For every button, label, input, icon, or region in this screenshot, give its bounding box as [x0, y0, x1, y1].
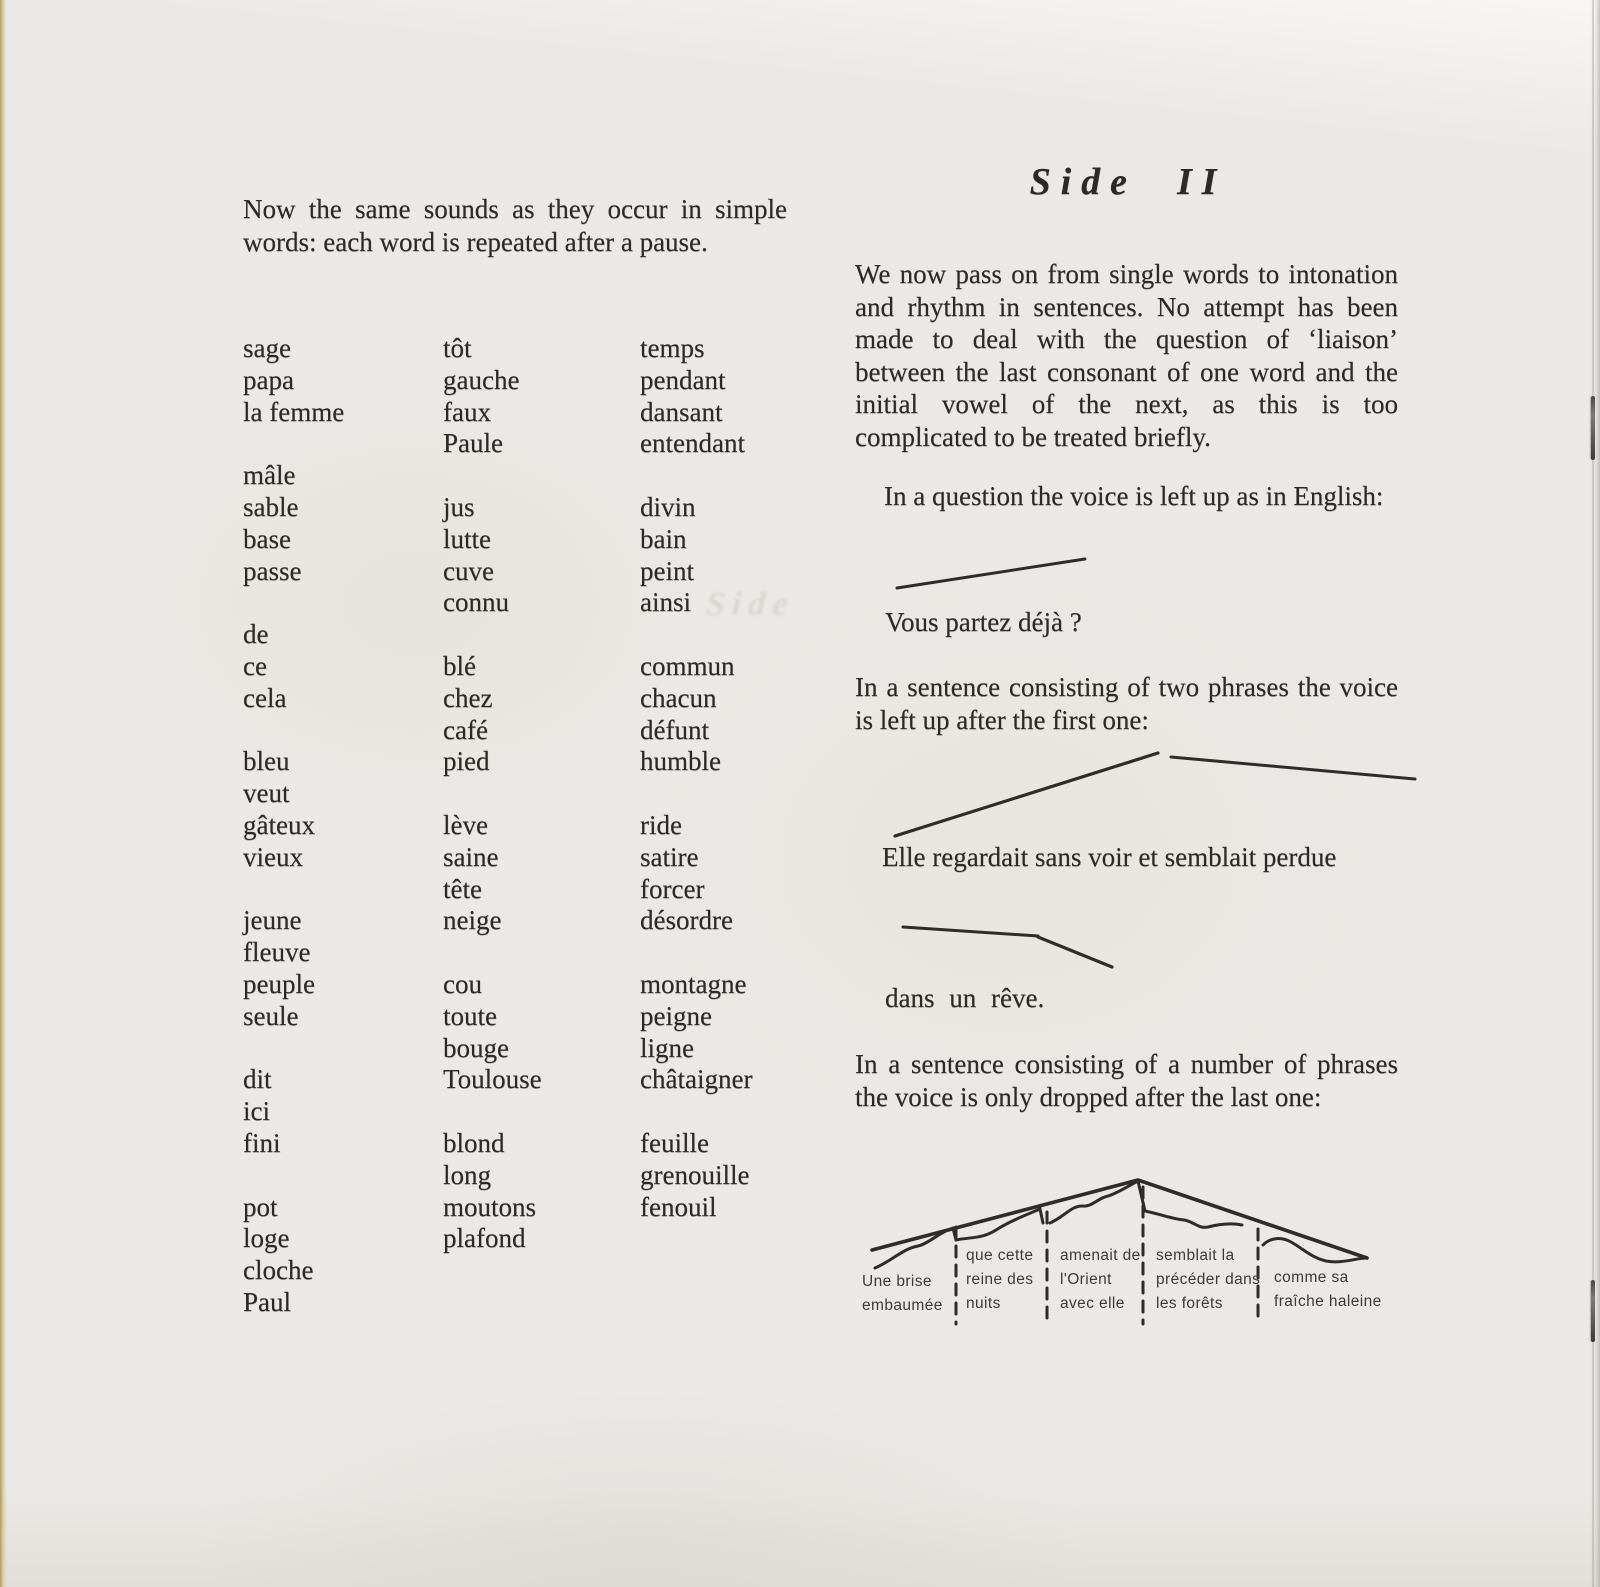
- word-cell: bouge: [443, 1033, 640, 1065]
- staple-icon: [1591, 1280, 1595, 1342]
- word-cell: fini: [243, 1128, 443, 1160]
- word-row: jeuneneigedésordre: [243, 905, 803, 937]
- section-heading: Side II: [858, 160, 1398, 204]
- word-cell: peigne: [640, 1001, 803, 1033]
- word-cell: ride: [640, 810, 803, 842]
- word-cell: [443, 1255, 640, 1287]
- word-cell: divin: [640, 492, 803, 524]
- word-row: fleuve: [243, 937, 803, 969]
- question-intonation-line: [878, 545, 1098, 600]
- paragraph-two-phrases: In a sentence consisting of two phrases …: [855, 671, 1398, 736]
- word-cell: [640, 937, 803, 969]
- word-cell: cela: [243, 683, 443, 715]
- word-cell: pied: [443, 746, 640, 778]
- word-cell: tête: [443, 874, 640, 906]
- word-cell: commun: [640, 651, 803, 683]
- word-cell: pendant: [640, 365, 803, 397]
- word-row: ditToulousechâtaigner: [243, 1064, 803, 1096]
- word-cell: connu: [443, 587, 640, 619]
- scanned-booklet-page: Side Now the same sounds as they occur i…: [0, 0, 1600, 1587]
- word-cell: [243, 587, 443, 619]
- phrase-label: que cettereine desnuits: [966, 1244, 1033, 1316]
- word-cell: loge: [243, 1223, 443, 1255]
- word-cell: Paule: [443, 428, 640, 460]
- word-cell: la femme: [243, 397, 443, 429]
- word-row: la femmefauxdansant: [243, 397, 803, 429]
- word-cell: [243, 428, 443, 460]
- word-cell: lève: [443, 810, 640, 842]
- word-row: ici: [243, 1096, 803, 1128]
- word-row: finiblondfeuille: [243, 1128, 803, 1160]
- paragraph-question: In a question the voice is left up as in…: [855, 480, 1398, 513]
- word-cell: sable: [243, 492, 443, 524]
- word-row: connuainsi: [243, 587, 803, 619]
- word-cell: [640, 1096, 803, 1128]
- word-cell: chez: [443, 683, 640, 715]
- word-cell: temps: [640, 333, 803, 365]
- sentence-end-intonation-lines: [890, 912, 1130, 977]
- paragraph-intonation-intro: We now pass on from single words to into…: [855, 258, 1398, 454]
- word-cell: seule: [243, 1001, 443, 1033]
- word-cell: fleuve: [243, 937, 443, 969]
- word-row: potmoutonsfenouil: [243, 1192, 803, 1224]
- word-cell: neige: [443, 905, 640, 937]
- word-cell: [243, 1033, 443, 1065]
- word-cell: [243, 1160, 443, 1192]
- word-cell: humble: [640, 746, 803, 778]
- phrase-label: amenait del'Orientavec elle: [1060, 1244, 1141, 1316]
- word-cell: [443, 1096, 640, 1128]
- word-cell: [443, 778, 640, 810]
- word-row: mâle: [243, 460, 803, 492]
- word-cell: ainsi: [640, 587, 803, 619]
- word-cell: base: [243, 524, 443, 556]
- word-row: vieuxsainesatire: [243, 842, 803, 874]
- word-row: sablejusdivin: [243, 492, 803, 524]
- word-cell: plafond: [443, 1223, 640, 1255]
- word-cell: gauche: [443, 365, 640, 397]
- word-cell: lutte: [443, 524, 640, 556]
- word-cell: dit: [243, 1064, 443, 1096]
- word-cell: grenouille: [640, 1160, 803, 1192]
- word-cell: passe: [243, 556, 443, 588]
- word-row: de: [243, 619, 803, 651]
- example-question: Vous partez déjà ?: [885, 606, 1082, 638]
- staple-icon: [1591, 396, 1595, 460]
- word-cell: [443, 1287, 640, 1319]
- word-cell: cuve: [443, 556, 640, 588]
- word-cell: [443, 619, 640, 651]
- word-cell: [640, 460, 803, 492]
- word-row: seuletoutepeigne: [243, 1001, 803, 1033]
- word-cell: [243, 715, 443, 747]
- word-cell: [443, 937, 640, 969]
- word-row: papagauchependant: [243, 365, 803, 397]
- word-cell: veut: [243, 778, 443, 810]
- word-cell: blé: [443, 651, 640, 683]
- word-cell: défunt: [640, 715, 803, 747]
- word-list: sagetôttempspapagauchependantla femmefau…: [243, 333, 803, 1319]
- word-cell: saine: [443, 842, 640, 874]
- word-row: peuplecoumontagne: [243, 969, 803, 1001]
- word-cell: bleu: [243, 746, 443, 778]
- page-left-edge: [0, 0, 7, 1587]
- multi-phrase-intonation-diagram: Une briseembauméeque cettereine desnuits…: [850, 1148, 1415, 1338]
- two-phrase-intonation-lines: [880, 738, 1425, 843]
- word-cell: pot: [243, 1192, 443, 1224]
- word-cell: [640, 778, 803, 810]
- word-cell: mâle: [243, 460, 443, 492]
- word-cell: café: [443, 715, 640, 747]
- page-cut-line: [1592, 0, 1594, 1587]
- word-row: cloche: [243, 1255, 803, 1287]
- phrase-label: semblait laprécéder dansles forêts: [1156, 1244, 1260, 1316]
- word-cell: cou: [443, 969, 640, 1001]
- word-cell: gâteux: [243, 810, 443, 842]
- word-row: cafédéfunt: [243, 715, 803, 747]
- word-cell: [640, 619, 803, 651]
- word-cell: Paul: [243, 1287, 443, 1319]
- word-cell: de: [243, 619, 443, 651]
- word-row: Pauleentendant: [243, 428, 803, 460]
- word-row: Paul: [243, 1287, 803, 1319]
- word-row: passecuvepeint: [243, 556, 803, 588]
- word-cell: montagne: [640, 969, 803, 1001]
- word-row: sagetôttemps: [243, 333, 803, 365]
- word-cell: [443, 460, 640, 492]
- word-row: bleupiedhumble: [243, 746, 803, 778]
- word-row: baseluttebain: [243, 524, 803, 556]
- word-cell: vieux: [243, 842, 443, 874]
- word-cell: toute: [443, 1001, 640, 1033]
- word-cell: entendant: [640, 428, 803, 460]
- word-row: bougeligne: [243, 1033, 803, 1065]
- word-cell: tôt: [443, 333, 640, 365]
- word-cell: faux: [443, 397, 640, 429]
- word-cell: satire: [640, 842, 803, 874]
- word-cell: [243, 874, 443, 906]
- word-cell: feuille: [640, 1128, 803, 1160]
- word-row: veut: [243, 778, 803, 810]
- word-cell: long: [443, 1160, 640, 1192]
- word-cell: blond: [443, 1128, 640, 1160]
- word-cell: sage: [243, 333, 443, 365]
- word-cell: papa: [243, 365, 443, 397]
- word-cell: peuple: [243, 969, 443, 1001]
- example-two-phrase-sentence: Elle regardait sans voir et semblait per…: [882, 841, 1336, 873]
- word-cell: châtaigner: [640, 1064, 803, 1096]
- word-cell: peint: [640, 556, 803, 588]
- word-cell: jeune: [243, 905, 443, 937]
- word-cell: bain: [640, 524, 803, 556]
- intro-paragraph: Now the same sounds as they occur in sim…: [243, 193, 787, 259]
- word-row: logeplafond: [243, 1223, 803, 1255]
- phrase-label: comme safraîche haleine: [1274, 1266, 1382, 1314]
- phrase-label: Une briseembaumée: [862, 1270, 943, 1318]
- word-cell: fenouil: [640, 1192, 803, 1224]
- word-row: ceblécommun: [243, 651, 803, 683]
- word-cell: jus: [443, 492, 640, 524]
- word-cell: cloche: [243, 1255, 443, 1287]
- word-cell: ligne: [640, 1033, 803, 1065]
- word-cell: ce: [243, 651, 443, 683]
- word-row: têteforcer: [243, 874, 803, 906]
- paragraph-multi-phrase: In a sentence consisting of a number of …: [855, 1048, 1398, 1113]
- word-cell: moutons: [443, 1192, 640, 1224]
- word-cell: désordre: [640, 905, 803, 937]
- word-cell: forcer: [640, 874, 803, 906]
- word-row: gâteuxlèveride: [243, 810, 803, 842]
- word-row: celachezchacun: [243, 683, 803, 715]
- word-cell: [640, 1287, 803, 1319]
- word-cell: chacun: [640, 683, 803, 715]
- word-cell: [640, 1223, 803, 1255]
- example-sentence-end: dans un rêve.: [885, 982, 1044, 1014]
- word-cell: [640, 1255, 803, 1287]
- word-cell: Toulouse: [443, 1064, 640, 1096]
- word-cell: ici: [243, 1096, 443, 1128]
- word-row: longgrenouille: [243, 1160, 803, 1192]
- word-cell: dansant: [640, 397, 803, 429]
